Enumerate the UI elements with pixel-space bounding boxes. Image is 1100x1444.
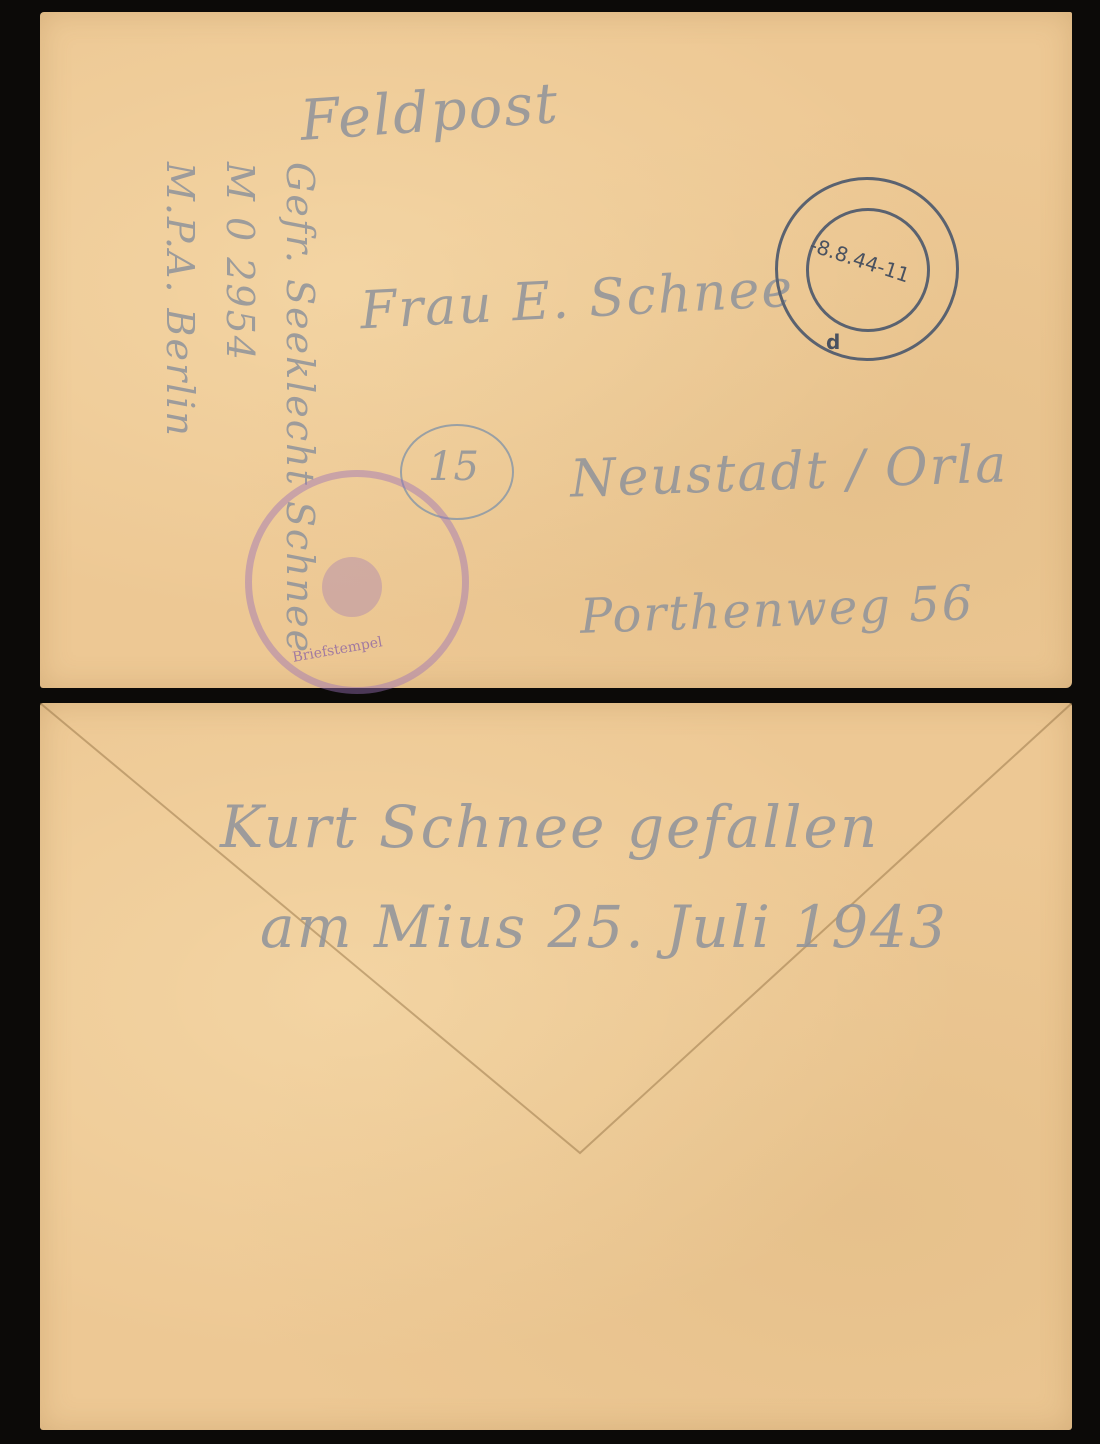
eagle-emblem-icon	[322, 557, 382, 617]
censor-stamp: Briefstempel	[245, 470, 469, 694]
recipient-name: Frau E. Schnee	[359, 259, 796, 342]
recipient-street: Porthenweg 56	[579, 575, 975, 645]
postmark: -8.8.44-11 d	[775, 177, 959, 361]
memorial-note-line2: am Mius 25. Juli 1943	[260, 893, 948, 961]
feldpost-mark: Feldpost	[298, 71, 561, 154]
memorial-note-line1: Kurt Schnee gefallen	[220, 793, 879, 861]
envelope-back: Kurt Schnee gefallen am Mius 25. Juli 19…	[40, 703, 1072, 1430]
postmark-letter: d	[826, 330, 840, 354]
recipient-city: Neustadt / Orla	[569, 434, 1009, 509]
envelope-front: Feldpost Frau E. Schnee Neustadt / Orla …	[40, 12, 1072, 688]
